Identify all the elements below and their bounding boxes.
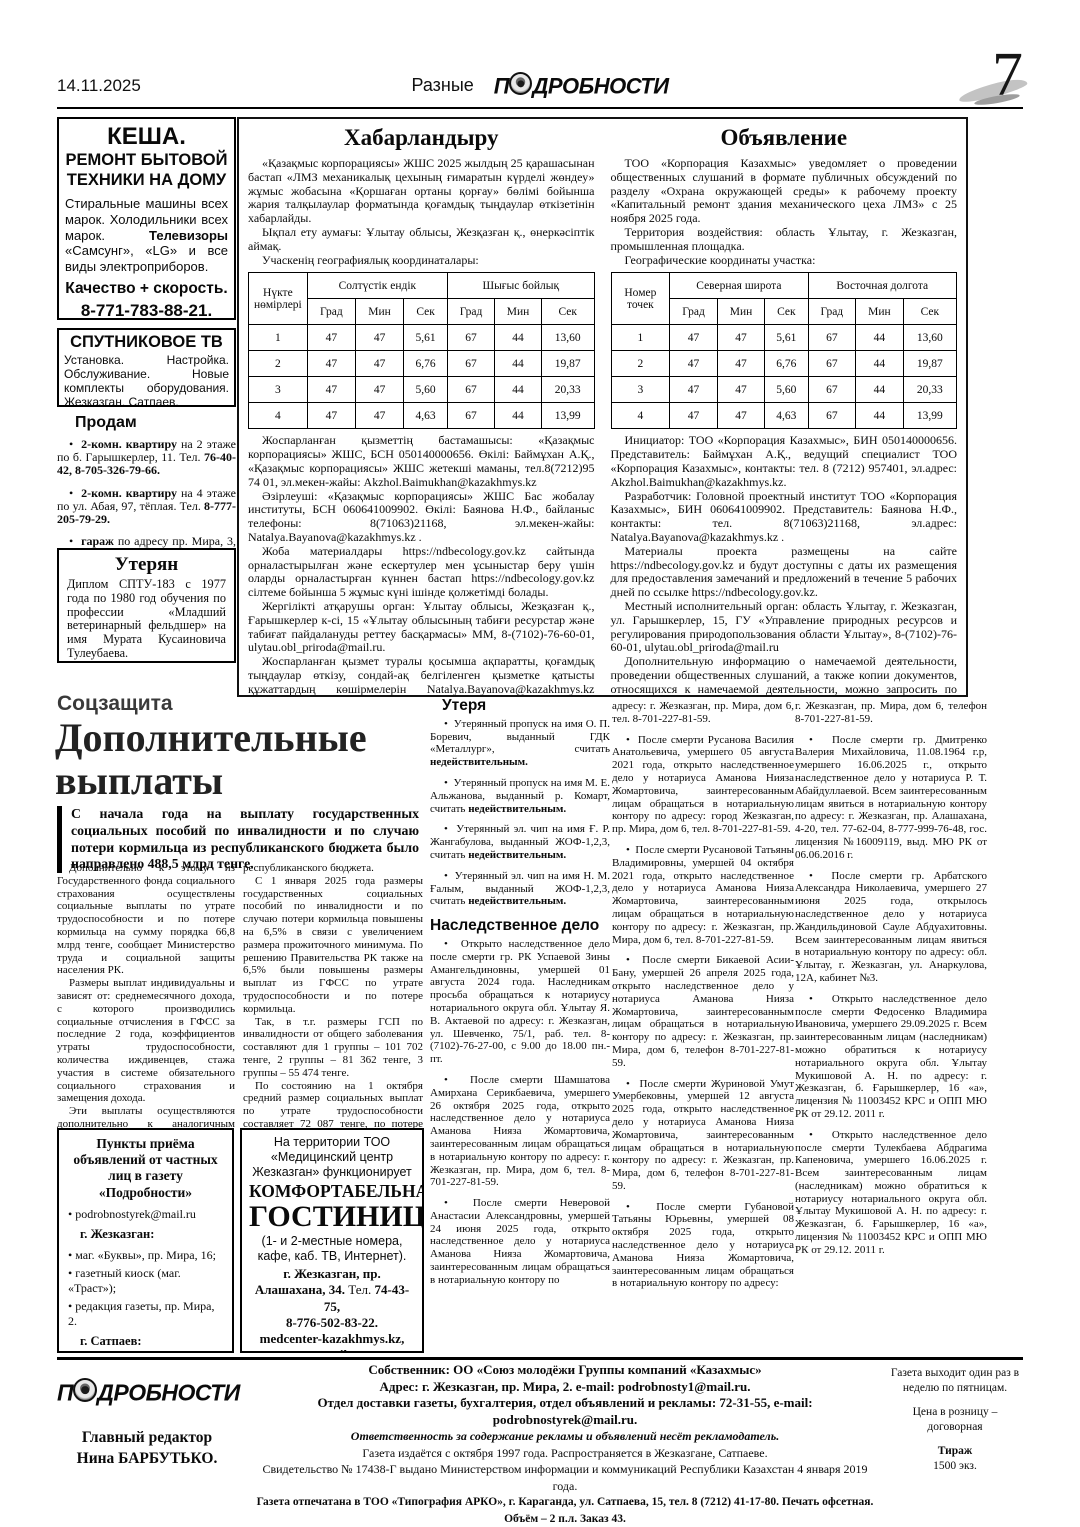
announcement-paragraph: Жергілікті атқарушы орган: Ұлытау облысы… — [248, 600, 595, 655]
inheritance-notice: Открыто наследственное дело после смерти… — [795, 1129, 987, 1257]
page-number: 7 — [992, 44, 1023, 106]
announcement-paragraph: Учаскенің географиялық координаталары: — [248, 254, 595, 268]
table-row: 447474,63674413,99 — [611, 403, 957, 429]
item-subject: 2-комн. квартиру — [81, 437, 177, 451]
announcement-paragraph: Географические координаты участка: — [611, 254, 958, 268]
header-rule — [57, 107, 1023, 109]
reception-email: podrobnostyrek@mail.ru — [68, 1207, 225, 1222]
notices-column-4: адресу: г. Жезказган, пр. Мира, дом 6, т… — [612, 700, 794, 1298]
announcements-box: Хабарландыру «Қазақмыс корпорациясы» ЖШС… — [237, 117, 968, 697]
lost-document-notice: Утерян Диплом СПТУ-183 с 1977 года по 19… — [57, 548, 236, 663]
announcement-title: Объявление — [611, 125, 958, 151]
hotel-address: г. Жезказган, пр. Алашахана, 34. Тел. 74… — [249, 1266, 415, 1315]
inheritance-notice: После смерти Бикаевой Асии-Бану, умершей… — [612, 954, 794, 1069]
city-heading: г. Жезказган: — [80, 1227, 225, 1242]
announcement-paragraph: Инициатор: ТОО «Корпорация Казахмыс», БИ… — [611, 434, 958, 489]
item-subject: 2-комн. квартиру — [81, 486, 177, 500]
footer-masthead-logo: ПДРОБНОСТИ — [57, 1378, 240, 1406]
announcement-paragraph: Разработчик: Головной проектный институт… — [611, 490, 958, 545]
eye-icon — [73, 1378, 97, 1402]
ad-reception-points: Пункты приёма объявлений от частных лиц … — [57, 1128, 234, 1353]
ad-title: КЕША. — [65, 124, 228, 149]
ad-body-text2: «Самсунг», «LG» и все виды электроприбор… — [65, 243, 228, 274]
announcement-paragraph: Территория воздействия: область Ұлытау, … — [611, 226, 958, 254]
article-column-2: республиканского бюджета. С 1 января 202… — [243, 862, 423, 1144]
reception-point: маг. «Буквы», пр. Мира, 16; — [68, 1248, 225, 1263]
table-group-north: Солтүстік ендік — [307, 273, 447, 299]
footer-rule — [57, 1357, 1023, 1360]
imprint-certificate: Свидетельство № 17438-Г выдано Министерс… — [255, 1461, 875, 1494]
newspaper-page: 14.11.2025 Разные ПДРОБНОСТИ 7 КЕША. РЕМ… — [0, 0, 1080, 1527]
imprint-address: Адрес: г. Жезказган, пр. Мира, 2. e-mail… — [255, 1379, 875, 1396]
table-row: 147475,61674413,60 — [611, 325, 957, 351]
box-title: Пункты приёма объявлений от частных лиц … — [66, 1136, 225, 1201]
hotel-phone: 8-776-502-83-22. — [249, 1315, 415, 1331]
footer-imprint: Собственник: ОО «Союз молодёжи Группы ко… — [255, 1362, 875, 1527]
eye-icon — [509, 72, 532, 95]
table-row: 147475,61674413,60 — [249, 325, 595, 351]
lost-item: Утерянный пропуск на имя М. Е. Альжанова… — [430, 777, 610, 815]
ad-kesha-repair: КЕША. РЕМОНТ БЫТОВОЙ ТЕХНИКИ НА ДОМУ Сти… — [57, 117, 236, 320]
masthead-suffix: ДРОБНОСТИ — [532, 74, 668, 99]
announcement-paragraph: «Қазақмыс корпорациясы» ЖШС 2025 жылдың … — [248, 157, 595, 226]
lost-items-heading: Утеря — [442, 700, 610, 713]
article-kicker: Соцзащита — [57, 692, 173, 716]
article-column-1: Дополнительно к этому из Государственног… — [57, 862, 235, 1144]
hotel-website: medcenter-kazakhmys.kz, — [249, 1331, 415, 1347]
table-row: 247476,76674419,87 — [611, 351, 957, 377]
masthead-logo: ПДРОБНОСТИ — [494, 72, 669, 100]
table-row: 447474,63674413,99 — [249, 403, 595, 429]
hotel-title-line2: ГОСТИНИЦА — [249, 1202, 415, 1232]
article-headline: Дополнительные выплаты — [55, 716, 435, 802]
footer-editor: Главный редактор Нина БАРБУТЬКО. — [57, 1428, 237, 1470]
table-col1-header: Номер точек — [611, 273, 670, 325]
announcement-paragraph: Материалы проекта размещены на сайте htt… — [611, 545, 958, 600]
article-paragraph: Размеры выплат индивидуальны и зависят о… — [57, 977, 235, 1105]
inheritance-notice: После смерти Губановой Татьяны Юрьевны, … — [612, 1201, 794, 1291]
ad-slogan: Качество + скорость. — [65, 280, 228, 298]
inheritance-notice: После смерти Журиновой Умут Умербековны,… — [612, 1078, 794, 1193]
announcement-paragraph: Ықпал ету аумағы: Ұлытау облысы, Жезқазғ… — [248, 226, 595, 254]
inheritance-heading: Наследственное дело — [430, 920, 610, 933]
notice-body: Диплом СПТУ-183 с 1977 года по 1980 год … — [67, 578, 226, 661]
classified-item: 2-комн. квартиру на 2 этаже по б. Гарышк… — [57, 438, 236, 478]
article-paragraph: республиканского бюджета. — [243, 862, 423, 875]
hotel-features: (1- и 2-местные номера, кафе, каб. ТВ, И… — [249, 1234, 415, 1263]
table-group-north: Северная широта — [670, 273, 808, 299]
ad-subtitle: РЕМОНТ БЫТОВОЙ ТЕХНИКИ НА ДОМУ — [65, 151, 228, 191]
announcement-paragraph: Дополнительную информацию о намечаемой д… — [611, 655, 958, 697]
hotel-title-line1: КОМФОРТАБЕЛЬНАЯ — [249, 1181, 415, 1202]
circulation: Тираж1500 экз. — [884, 1444, 1026, 1474]
lost-item: Утерянный эл. чип на имя Н. М. Ғалым, вы… — [430, 870, 610, 908]
imprint-responsibility: Ответственность за содержание рекламы и … — [255, 1428, 875, 1445]
publication-schedule: Газета выходит один раз в неделю по пятн… — [884, 1366, 1026, 1396]
header-center: Разные ПДРОБНОСТИ — [0, 72, 1080, 100]
hotel-email: e-mail: gostmedzentr@mail.ru — [249, 1347, 415, 1353]
retail-price: Цена в розницу – договорная — [884, 1405, 1026, 1435]
table-group-east: Шығыс бойлық — [448, 273, 594, 299]
footer-publication-info: Газета выходит один раз в неделю по пятн… — [884, 1366, 1026, 1483]
announcement-paragraph: ТОО «Корпорация Казахмыс» уведомляет о п… — [611, 157, 958, 226]
reception-point: газетный киоск (маг. «Траст»); — [68, 1266, 225, 1296]
lost-item: Утерянный эл. чип на имя Ғ. Р. Жангабуло… — [430, 823, 610, 861]
inheritance-notice: Открыто наследственное дело после смерти… — [430, 938, 610, 1066]
reception-email-list: podrobnostyrek@mail.ru — [66, 1207, 225, 1222]
announcement-paragraph: Әзірлеуші: «Қазақмыс корпорациясы» ЖШС Б… — [248, 490, 595, 545]
ad-hotel: На территории ТОО «Медицинский центр Жез… — [240, 1128, 424, 1353]
article-paragraph: Так, в т.г. размеры ГСП по инвалидности … — [243, 1016, 423, 1080]
inheritance-notice: После смерти Неверовой Анастасии Алексан… — [430, 1197, 610, 1287]
classified-item: 2-комн. квартиру на 4 этаже по ул. Абая,… — [57, 487, 236, 527]
article-paragraph: С 1 января 2025 года размеры государстве… — [243, 875, 423, 1016]
ad-body: Стиральные машины всех марок. Холодильни… — [65, 196, 228, 275]
notices-column-5: г. Жезказган, пр. Мира, дом 6, телефон 8… — [795, 700, 987, 1265]
ad-body-bold: Телевизоры — [149, 228, 228, 243]
notices-column-3: Утеря Утерянный пропуск на имя О. П. Бор… — [430, 700, 610, 1295]
reception-point: редакция газеты, пр. Мира, 2. — [68, 1299, 225, 1329]
ad-title: СПУТНИКОВОЕ ТВ — [64, 333, 229, 352]
item-subject: гараж — [81, 534, 114, 548]
table-group-east: Восточная долгота — [808, 273, 957, 299]
inheritance-notice: Открыто наследственное дело после смерти… — [795, 993, 987, 1121]
announcement-kazakh: Хабарландыру «Қазақмыс корпорациясы» ЖШС… — [248, 123, 595, 691]
editor-name: Нина БАРБУТЬКО. — [57, 1449, 237, 1470]
announcement-paragraph: Жоспарланған қызметтің бастамашысы: «Қаз… — [248, 434, 595, 489]
ad-phone: 8-771-783-88-21. — [65, 301, 228, 320]
announcement-title: Хабарландыру — [248, 125, 595, 151]
inheritance-notice: После смерти гр. Арбатского Александра Н… — [795, 870, 987, 985]
imprint-printing: Газета отпечатана в ТОО «Типография АРКО… — [255, 1494, 875, 1527]
ad-satellite-tv: СПУТНИКОВОЕ ТВ Установка. Настройка. Обс… — [57, 328, 236, 407]
table-col1-header: Нүкте нөмірлері — [249, 273, 308, 325]
inheritance-notice: После смерти Русановой Татьяны Владимиро… — [612, 844, 794, 946]
section-label: Разные — [411, 75, 473, 96]
reception-list: маг. «Буквы», пр. Мира, 16; газетный кио… — [66, 1248, 225, 1329]
city-heading: г. Сатпаев: — [80, 1334, 225, 1349]
announcement-russian: Объявление ТОО «Корпорация Казахмыс» уве… — [611, 123, 958, 691]
inheritance-notice: После смерти Русанова Василия Анатольеви… — [612, 734, 794, 836]
announcement-paragraph: Местный исполнительный орган: область Ұл… — [611, 600, 958, 655]
classifieds-heading: Продам — [75, 414, 236, 432]
hotel-intro: На территории ТОО «Медицинский центр Жез… — [249, 1135, 415, 1179]
imprint-since: Газета издаётся с октября 1997 года. Рас… — [255, 1445, 875, 1462]
masthead-prefix: П — [494, 74, 509, 99]
imprint-departments: Отдел доставки газеты, бухгалтерия, отде… — [255, 1395, 875, 1428]
notice-title: Утерян — [67, 554, 226, 576]
coordinates-table-ru: Номер точек Северная широта Восточная до… — [611, 272, 958, 429]
inheritance-notice-continuation: адресу: г. Жезказган, пр. Мира, дом 6, т… — [612, 700, 794, 726]
ad-body: Установка. Настройка. Обслуживание. Новы… — [64, 353, 229, 407]
table-row: 247476,76674419,87 — [249, 351, 595, 377]
table-row: 347475,60674420,33 — [249, 377, 595, 403]
article-paragraph: Дополнительно к этому из Государственног… — [57, 862, 235, 977]
table-row: 347475,60674420,33 — [611, 377, 957, 403]
editor-role: Главный редактор — [57, 1428, 237, 1449]
inheritance-notice: После смерти Шамшатова Амирхана Серикбае… — [430, 1074, 610, 1189]
announcement-paragraph: Жоспарланған қызмет туралы қосымша ақпар… — [248, 655, 595, 697]
coordinates-table-kk: Нүкте нөмірлері Солтүстік ендік Шығыс бо… — [248, 272, 595, 429]
announcement-paragraph: Жоба материалдары https://ndbecology.gov… — [248, 545, 595, 600]
inheritance-notice: После смерти гр. Дмитренко Валерия Михай… — [795, 734, 987, 862]
inheritance-notice-continuation: г. Жезказган, пр. Мира, дом 6, телефон 8… — [795, 700, 987, 726]
imprint-owner: Собственник: ОО «Союз молодёжи Группы ко… — [255, 1362, 875, 1379]
lost-item: Утерянный пропуск на имя О. П. Боревич, … — [430, 718, 610, 769]
